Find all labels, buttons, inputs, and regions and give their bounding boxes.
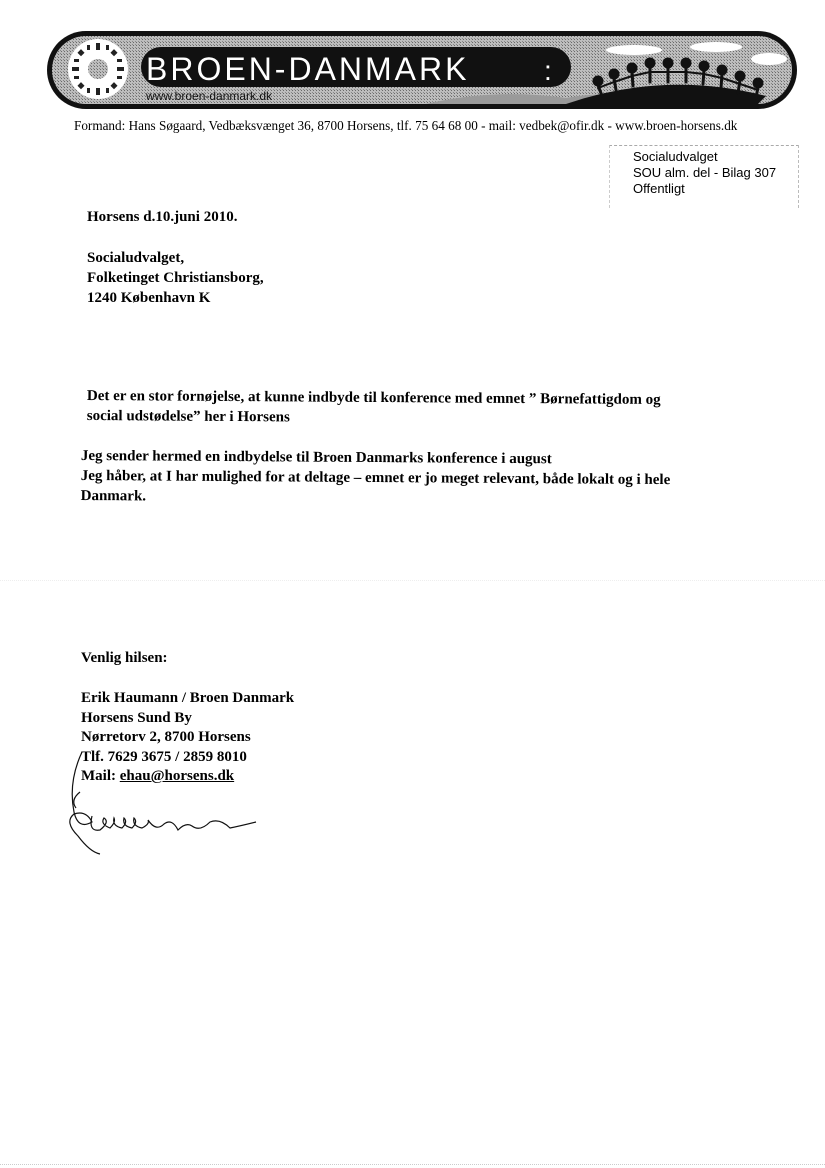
formand-contact-line: Formand: Hans Søgaard, Vedbæksvænget 36,… (74, 118, 737, 134)
org-suffix: : (544, 55, 552, 86)
stamp-reference: SOU alm. del - Bilag 307 (610, 165, 798, 181)
archive-stamp: Socialudvalget SOU alm. del - Bilag 307 … (609, 145, 799, 208)
org-website[interactable]: www.broen-danmark.dk (145, 89, 273, 103)
paragraph-invitation: Det er en stor fornøjelse, at kunne indb… (87, 386, 661, 430)
letter-date: Horsens d.10.juni 2010. (87, 209, 237, 226)
org-name: BROEN-DANMARK (146, 51, 469, 87)
recipient-line: Folketinget Christiansborg, (87, 268, 264, 288)
sun-wheel-icon (68, 39, 128, 99)
sender-name: Erik Haumann / Broen Danmark (81, 689, 294, 709)
recipient-line: 1240 København K (87, 288, 264, 308)
sender-address: Nørretorv 2, 8700 Horsens (81, 728, 294, 748)
greeting: Venlig hilsen: (81, 650, 168, 667)
signature-icon (60, 752, 280, 862)
paragraph-line: Jeg håber, at I har mulighed for at delt… (81, 466, 671, 490)
paragraph-line: social udstødelse” her i Horsens (87, 406, 661, 430)
stamp-committee: Socialudvalget (610, 146, 798, 165)
sender-organisation: Horsens Sund By (81, 709, 294, 729)
letterhead-banner: BROEN-DANMARK : www.broen-danmark.dk (46, 30, 798, 110)
paragraph-line: Danmark. (81, 486, 671, 510)
paragraph-details: Jeg sender hermed en indbydelse til Broe… (81, 446, 671, 510)
page-edge (0, 1164, 825, 1166)
scan-line (0, 580, 825, 581)
recipient-line: Socialudvalget, (87, 248, 264, 268)
recipient-address: Socialudvalget, Folketinget Christiansbo… (87, 248, 264, 308)
stamp-status: Offentligt (610, 181, 798, 197)
